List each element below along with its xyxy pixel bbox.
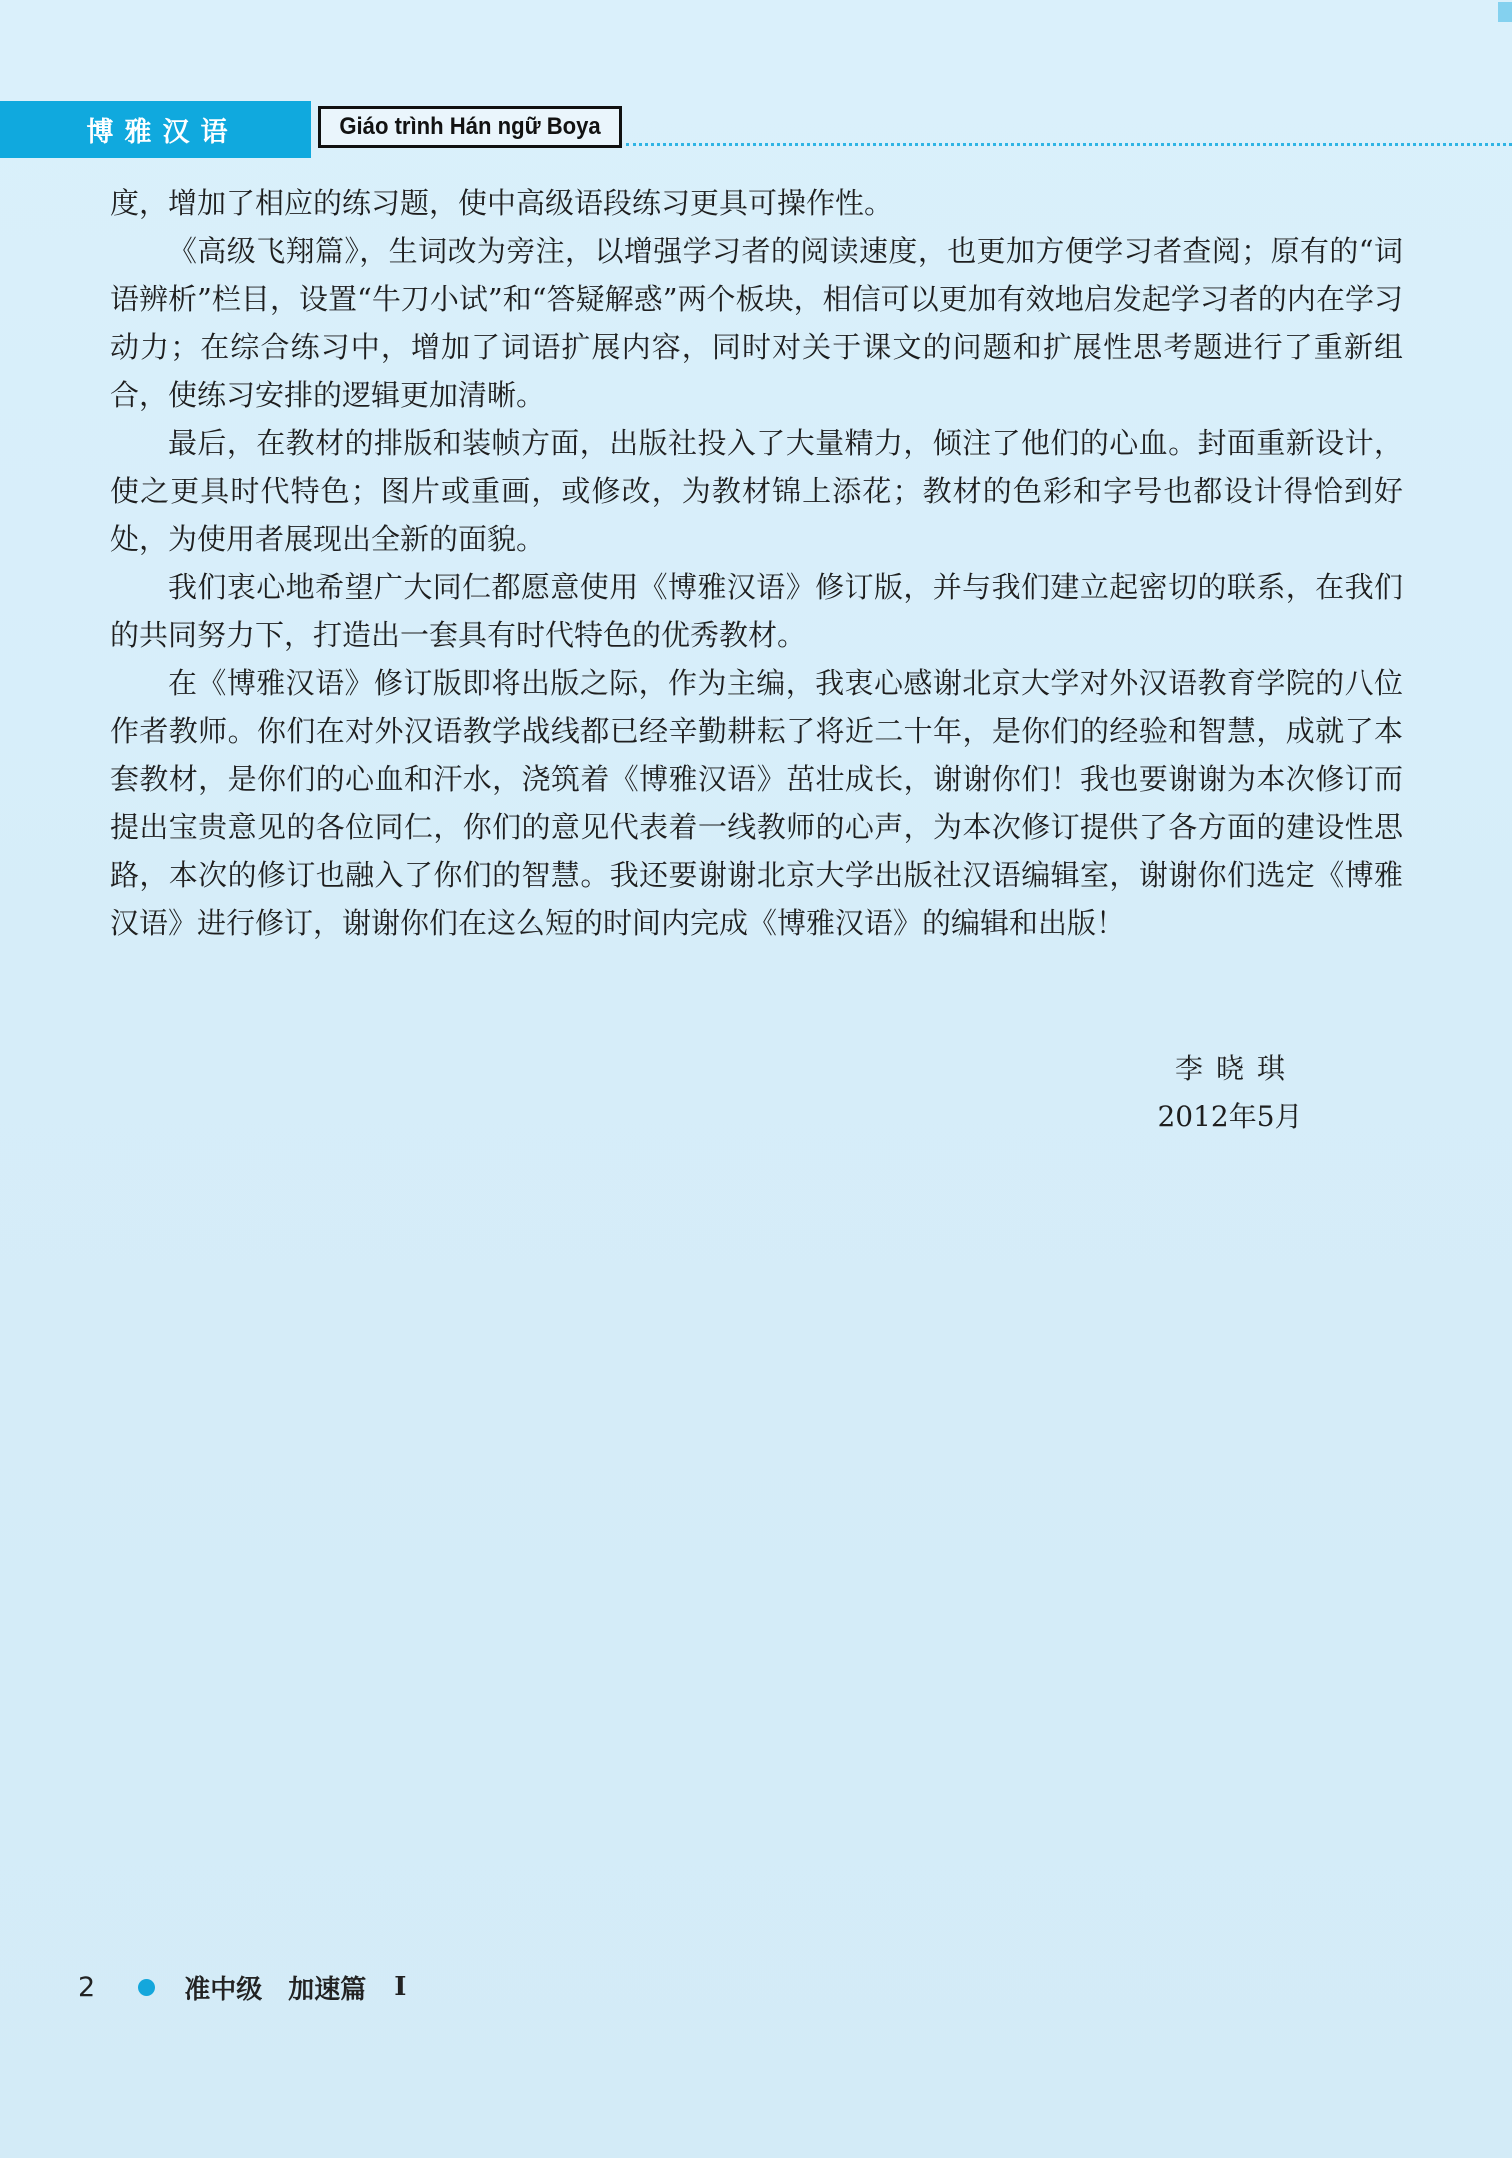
preface-paragraph: 在《博雅汉语》修订版即将出版之际，作为主编，我衷心感谢北京大学对外汉语教育学院的… [110, 659, 1403, 947]
preface-paragraph: 我们衷心地希望广大同仁都愿意使用《博雅汉语》修订版，并与我们建立起密切的联系，在… [110, 563, 1403, 659]
brand-banner: 博雅汉语 [0, 101, 311, 158]
footer-book-index: I [394, 1972, 406, 2002]
preface-paragraph: 度，增加了相应的练习题，使中高级语段练习更具可操作性。 [110, 179, 1403, 227]
preface-paragraph: 最后，在教材的排版和装帧方面，出版社投入了大量精力，倾注了他们的心血。封面重新设… [110, 419, 1403, 563]
preface-paragraph: 《高级飞翔篇》，生词改为旁注，以增强学习者的阅读速度，也更加方便学习者查阅；原有… [110, 227, 1403, 419]
bullet-dot-icon [138, 1979, 155, 1996]
corner-tab-marker [1498, 2, 1512, 22]
page-number: 2 [78, 1972, 95, 2003]
author-name: 李晓琪 [1085, 1045, 1375, 1093]
page-header: 博雅汉语 Giáo trình Hán ngữ Boya [0, 101, 1512, 158]
signature-block: 李晓琪 2012年5月 [1085, 1045, 1375, 1141]
series-title-box: Giáo trình Hán ngữ Boya [318, 106, 622, 148]
footer-book-level: 准中级 [184, 1969, 262, 2006]
book-page: 博雅汉语 Giáo trình Hán ngữ Boya 度，增加了相应的练习题… [0, 0, 1512, 2158]
page-footer: 2 准中级 加速篇 I [78, 1970, 406, 2004]
footer-book-volume: 加速篇 [288, 1969, 366, 2006]
header-dotted-rule [626, 143, 1512, 146]
brand-title: 博雅汉语 [73, 110, 239, 149]
preface-text: 度，增加了相应的练习题，使中高级语段练习更具可操作性。 《高级飞翔篇》，生词改为… [110, 179, 1403, 947]
series-title: Giáo trình Hán ngữ Boya [339, 113, 600, 141]
signature-date: 2012年5月 [1085, 1093, 1375, 1141]
